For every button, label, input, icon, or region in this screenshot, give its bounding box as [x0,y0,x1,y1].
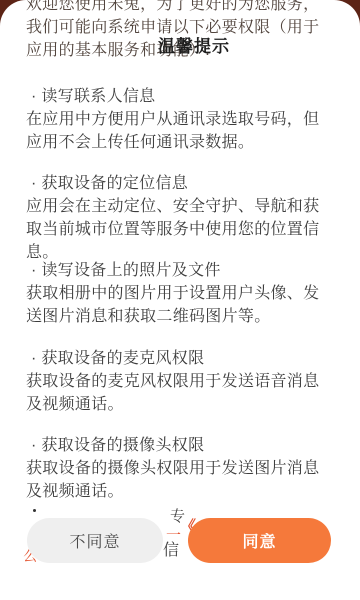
permission-dialog: 欢迎您使用未兔，为了更好的为您服务，我们可能向系统申请以下必要权限（用于应用的基… [0,0,360,600]
underlay-text-fragment: 信 [163,543,179,559]
agree-button[interactable]: 同意 [188,518,331,563]
disagree-button[interactable]: 不同意 [27,518,163,563]
screen: 欢迎您使用未兔，为了更好的为您服务，我们可能向系统申请以下必要权限（用于应用的基… [0,0,360,600]
underlay-artifacts: 专 《 一 信 么 [0,0,360,600]
underlay-speck [33,509,36,512]
underlay-text-fragment: 一 [166,528,181,543]
